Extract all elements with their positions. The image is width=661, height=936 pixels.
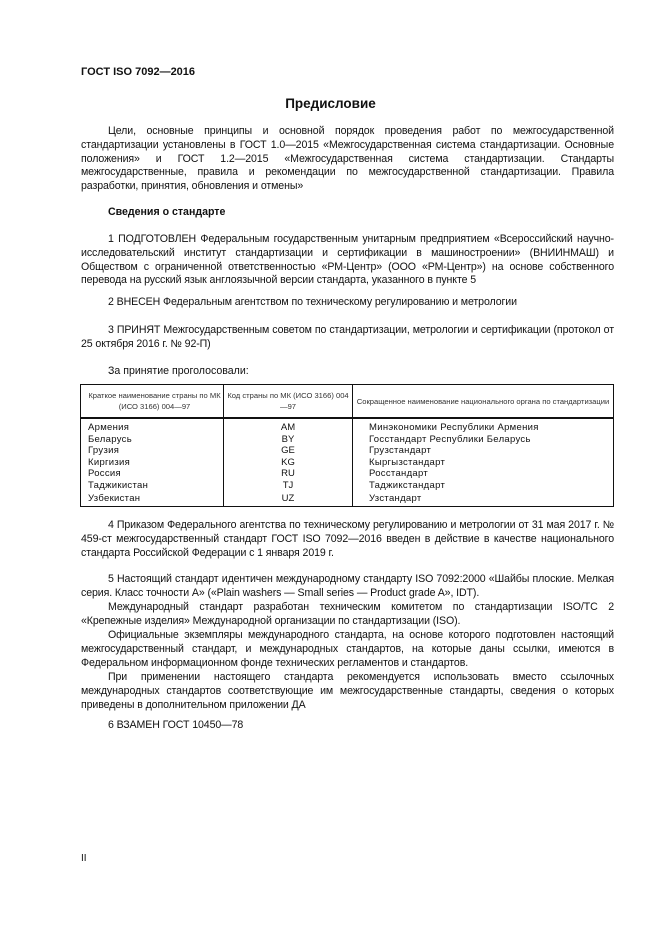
country-name-cell-text: Таджикистан: [88, 480, 148, 491]
table-row: ГрузияGEГрузстандарт: [81, 445, 614, 457]
country-name-cell: Армения: [81, 418, 224, 434]
national-body-cell-text: Кыргызстандарт: [369, 457, 445, 468]
national-body-cell: Грузстандарт: [353, 445, 614, 457]
country-name-cell-text: Грузия: [88, 445, 119, 456]
page-title: Предисловие: [0, 96, 661, 111]
country-name-cell: Киргизия: [81, 457, 224, 469]
item-4-paragraph: 4 Приказом Федерального агентства по тех…: [81, 519, 614, 560]
national-body-cell: Минэкономики Республики Армения: [353, 418, 614, 434]
country-code-cell-text: BY: [282, 434, 295, 445]
document-code-header: ГОСТ ISO 7092—2016: [81, 66, 195, 78]
country-name-cell: Россия: [81, 468, 224, 480]
country-code-cell: AM: [224, 418, 353, 434]
country-code-cell-text: KG: [281, 457, 295, 468]
item-3-paragraph: 3 ПРИНЯТ Межгосударственным советом по с…: [81, 324, 614, 352]
item-5-copies-paragraph: Официальные экземпляры международного ст…: [81, 629, 614, 670]
item-5-development-paragraph: Международный стандарт разработан технич…: [81, 601, 614, 629]
national-body-cell: Узстандарт: [353, 492, 614, 507]
country-code-cell: UZ: [224, 492, 353, 507]
country-code-cell-text: RU: [281, 468, 295, 479]
country-name-cell-text: Армения: [88, 422, 129, 433]
country-code-cell-text: GE: [281, 445, 295, 456]
country-code-cell: GE: [224, 445, 353, 457]
country-name-cell: Грузия: [81, 445, 224, 457]
country-name-cell-text: Киргизия: [88, 457, 130, 468]
national-body-cell: Таджикстандарт: [353, 480, 614, 492]
item-5-paragraph: 5 Настоящий стандарт идентичен междунаро…: [81, 573, 614, 601]
table-row: АрменияAMМинэкономики Республики Армения: [81, 418, 614, 434]
country-code-cell-text: AM: [281, 422, 295, 433]
table-row: БеларусьBYГосстандарт Республики Беларус…: [81, 434, 614, 446]
page-number: II: [81, 853, 87, 864]
national-body-cell-text: Минэкономики Республики Армения: [369, 422, 539, 433]
voting-countries-table: Краткое наименование страны по МК (ИСО 3…: [80, 384, 614, 507]
table-row: УзбекистанUZУзстандарт: [81, 492, 614, 507]
country-code-cell: KG: [224, 457, 353, 469]
item-1-paragraph: 1 ПОДГОТОВЛЕН Федеральным государственны…: [81, 233, 614, 288]
column-header-code: Код страны по МК (ИСО 3166) 004—97: [224, 385, 353, 419]
national-body-cell: Росстандарт: [353, 468, 614, 480]
national-body-cell: Госстандарт Республики Беларусь: [353, 434, 614, 446]
country-name-cell-text: Россия: [88, 468, 121, 479]
table-row: ТаджикистанTJТаджикстандарт: [81, 480, 614, 492]
national-body-cell-text: Госстандарт Республики Беларусь: [369, 434, 531, 445]
country-name-cell: Таджикистан: [81, 480, 224, 492]
intro-paragraph: Цели, основные принципы и основной поряд…: [81, 125, 614, 194]
country-name-cell: Узбекистан: [81, 492, 224, 507]
country-code-cell: BY: [224, 434, 353, 446]
table-row: РоссияRUРосстандарт: [81, 468, 614, 480]
column-header-country: Краткое наименование страны по МК (ИСО 3…: [81, 385, 224, 419]
national-body-cell-text: Таджикстандарт: [369, 480, 445, 491]
section-heading: Сведения о стандарте: [108, 206, 225, 218]
national-body-cell-text: Грузстандарт: [369, 445, 431, 456]
country-code-cell: RU: [224, 468, 353, 480]
country-name-cell: Беларусь: [81, 434, 224, 446]
national-body-cell-text: Узстандарт: [369, 493, 422, 504]
country-code-cell-text: TJ: [283, 480, 294, 491]
table-header-row: Краткое наименование страны по МК (ИСО 3…: [81, 385, 614, 419]
item-6-paragraph: 6 ВЗАМЕН ГОСТ 10450—78: [81, 719, 614, 733]
table-row: КиргизияKGКыргызстандарт: [81, 457, 614, 469]
country-code-cell-text: UZ: [282, 493, 295, 504]
country-name-cell-text: Узбекистан: [88, 493, 140, 504]
column-header-national-body: Сокращенное наименование национального о…: [353, 385, 614, 419]
national-body-cell: Кыргызстандарт: [353, 457, 614, 469]
country-code-cell: TJ: [224, 480, 353, 492]
vote-label: За принятие проголосовали:: [108, 365, 249, 377]
national-body-cell-text: Росстандарт: [369, 468, 428, 479]
item-5-usage-paragraph: При применении настоящего стандарта реко…: [81, 671, 614, 712]
item-2-paragraph: 2 ВНЕСЕН Федеральным агентством по техни…: [81, 296, 614, 310]
country-name-cell-text: Беларусь: [88, 434, 132, 445]
